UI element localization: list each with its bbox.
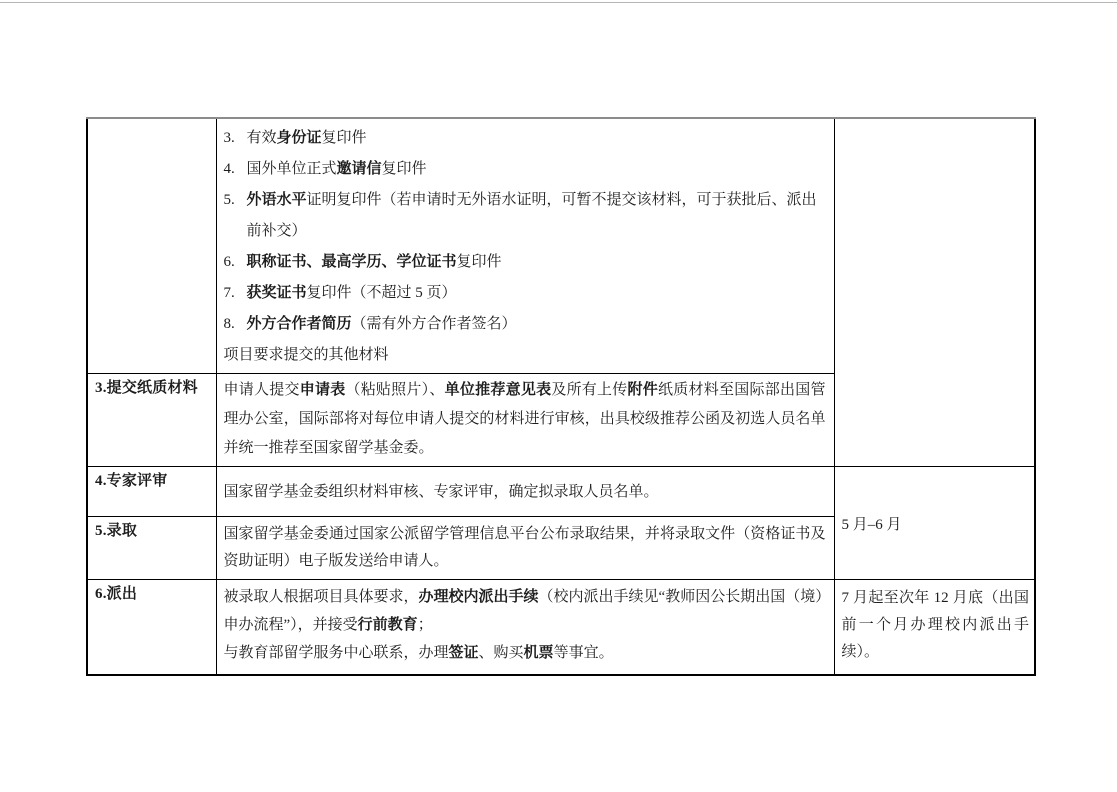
admission-description-cell: 国家留学基金委通过国家公派留学管理信息平台公布录取结果，并将录取文件（资格证书及… (216, 517, 834, 580)
list-item-number: 3. (224, 123, 247, 154)
timeline-july-december: 7 月起至次年 12 月底（出国前一个月办理校内派出手续）。 (834, 580, 1035, 675)
description-paragraph: 国家留学基金委通过国家公派留学管理信息平台公布录取结果，并将录取文件（资格证书及… (224, 521, 826, 575)
description-paragraph: 国家留学基金委组织材料审核、专家评审，确定拟录取人员名单。 (224, 481, 826, 503)
list-item: 5. 外语水平证明复印件（若申请时无外语水证明，可暂不提交该材料，可于获批后、派… (224, 185, 826, 247)
list-item-text: 获奖证书复印件（不超过 5 页） (247, 278, 826, 309)
document-page: 3. 有效身份证复印件 4. 国外单位正式邀请信复印件 5. 外语水平证明复印件… (0, 0, 1117, 792)
list-item: 4. 国外单位正式邀请信复印件 (224, 154, 826, 185)
list-item-text: 国外单位正式邀请信复印件 (247, 154, 826, 185)
description-paragraph: 申请人提交申请表（粘贴照片）、单位推荐意见表及所有上传附件纸质材料至国际部出国管… (224, 376, 826, 463)
step-label: 5.录取 (87, 517, 216, 580)
list-item: 6. 职称证书、最高学历、学位证书复印件 (224, 247, 826, 278)
description-paragraph: 与教育部留学服务中心联系，办理签证、购买机票等事宜。 (224, 639, 826, 667)
step-label: 6.派出 (87, 580, 216, 675)
table-row-dispatch: 6.派出 被录取人根据项目具体要求，办理校内派出手续（校内派出手续见“教师因公长… (87, 580, 1035, 675)
list-item-number: 7. (224, 278, 247, 309)
list-item-number: 6. (224, 247, 247, 278)
review-description-cell: 国家留学基金委组织材料审核、专家评审，确定拟录取人员名单。 (216, 467, 834, 517)
list-item-text: 有效身份证复印件 (247, 123, 826, 154)
list-item: 7. 获奖证书复印件（不超过 5 页） (224, 278, 826, 309)
list-item-text: 外语水平证明复印件（若申请时无外语水证明，可暂不提交该材料，可于获批后、派出前补… (247, 185, 826, 247)
application-process-table: 3. 有效身份证复印件 4. 国外单位正式邀请信复印件 5. 外语水平证明复印件… (86, 117, 1036, 676)
timeline-may-june: 5 月–6 月 (834, 467, 1035, 580)
list-item-number: 8. (224, 309, 247, 340)
list-item: 3. 有效身份证复印件 (224, 123, 826, 154)
step-label: 4.专家评审 (87, 467, 216, 517)
description-paragraph: 被录取人根据项目具体要求，办理校内派出手续（校内派出手续见“教师因公长期出国（境… (224, 583, 826, 639)
page-top-edge-line (0, 2, 1117, 3)
step-label: 3.提交纸质材料 (87, 374, 216, 467)
dispatch-description-cell: 被录取人根据项目具体要求，办理校内派出手续（校内派出手续见“教师因公长期出国（境… (216, 580, 834, 675)
submit-description-cell: 申请人提交申请表（粘贴照片）、单位推荐意见表及所有上传附件纸质材料至国际部出国管… (216, 374, 834, 467)
list-item: 8. 外方合作者简历（需有外方合作者签名） (224, 309, 826, 340)
list-item-number: 4. (224, 154, 247, 185)
step-cell-empty (87, 118, 216, 374)
table-row-expert-review: 4.专家评审 国家留学基金委组织材料审核、专家评审，确定拟录取人员名单。 5 月… (87, 467, 1035, 517)
materials-footer-text: 项目要求提交的其他材料 (224, 340, 826, 371)
timeline-cell-empty (834, 118, 1035, 467)
materials-list-cell: 3. 有效身份证复印件 4. 国外单位正式邀请信复印件 5. 外语水平证明复印件… (216, 118, 834, 374)
list-item-number: 5. (224, 185, 247, 247)
list-item-text: 外方合作者简历（需有外方合作者签名） (247, 309, 826, 340)
table-row-materials: 3. 有效身份证复印件 4. 国外单位正式邀请信复印件 5. 外语水平证明复印件… (87, 118, 1035, 374)
list-item-text: 职称证书、最高学历、学位证书复印件 (247, 247, 826, 278)
